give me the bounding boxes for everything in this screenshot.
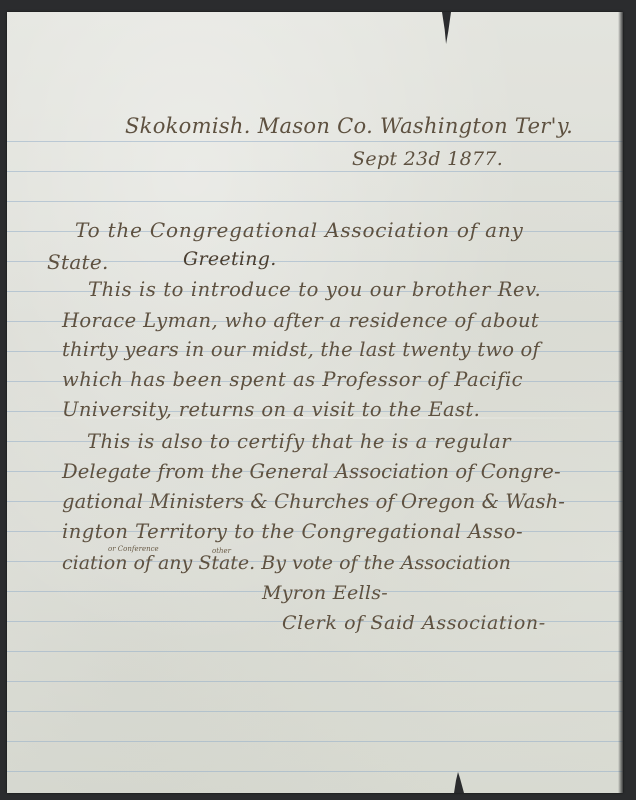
paper-tear [442,12,451,44]
paper-edge [618,12,623,793]
body-line: gational Ministers & Churches of Oregon … [62,490,565,513]
salutation-state: State. [47,250,109,274]
body-line: Horace Lyman, who after a residence of a… [62,309,539,332]
body-line: This is also to certify that he is a reg… [87,430,511,453]
rule-line [7,201,623,202]
insertion-note: other [212,547,231,555]
body-line: which has been spent as Professor of Pac… [62,368,523,391]
signature-title: Clerk of Said Association- [282,612,546,634]
insertion-note: or Conference [108,545,159,553]
rule-line [7,681,623,682]
rule-line [7,741,623,742]
body-line: Delegate from the General Association of… [62,460,561,483]
letter-place: Skokomish. Mason Co. Washington Ter'y. [125,114,573,138]
letter-page: Skokomish. Mason Co. Washington Ter'y. S… [7,12,623,793]
body-line: University, returns on a visit to the Ea… [62,398,480,421]
rule-line [7,171,623,172]
salutation-line: To the Congregational Association of any [75,218,524,242]
body-line: thirty years in our midst, the last twen… [62,338,540,361]
body-line: ington Territory to the Congregational A… [62,520,523,543]
salutation-greeting: Greeting. [183,248,277,270]
rule-line [7,651,623,652]
rule-line [7,771,623,772]
body-line: ciation of any State. By vote of the Ass… [62,552,511,574]
rule-line [7,711,623,712]
signature-name: Myron Eells- [262,582,388,604]
letter-date: Sept 23d 1877. [352,148,503,170]
paper-tear [454,772,464,793]
body-line: This is to introduce to you our brother … [88,278,541,301]
rule-line [7,141,623,142]
